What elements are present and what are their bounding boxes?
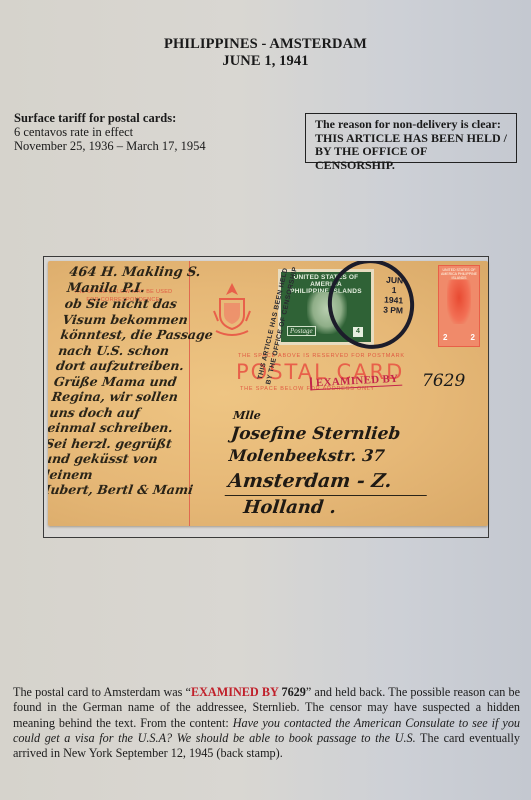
handwritten-line: Sei herzl. gegrüßt [48,436,186,452]
handwritten-line: ob Sie nicht das [64,296,206,312]
description-examined-highlight: EXAMINED BY [191,685,278,699]
indicia-value-left: 2 [443,333,447,342]
address-street: Molenbeekstr. 37 [228,445,432,467]
handwritten-line: dort aufzutreiben. [55,358,197,374]
handwritten-line: deinem [48,467,182,483]
handwritten-line: Hubert, Bertl & Mami [48,482,180,498]
postmark-time: 3 PM [383,304,403,315]
address-name: Josefine Sternlieb [230,423,434,445]
indicia-value-right: 2 [471,333,475,342]
handwritten-line: Regina, wir sollen [51,389,193,405]
tariff-rate: 6 centavos rate in effect [14,125,206,139]
handwritten-line: und geküsst von [48,451,184,467]
tariff-note: Surface tariff for postal cards: 6 centa… [14,111,206,153]
title-date: JUNE 1, 1941 [0,53,531,70]
addressee-block: Mlle Josefine Sternlieb Molenbeekstr. 37… [222,409,436,520]
title-route: PHILIPPINES - AMSTERDAM [0,36,531,53]
handwritten-message: 464 H. Makling S. Manila P.I.ob Sie nich… [48,265,210,498]
handwritten-line: 464 H. Makling S. [68,265,210,281]
handwritten-line: könntest, die Passage [59,327,201,343]
handwritten-line: uns doch auf [49,405,191,421]
indicia-header: UNITED STATES OF AMERICA PHILIPPINE ISLA… [439,268,479,280]
postmark-month: JUN [385,275,405,286]
handwritten-line: Manila P.I. [66,281,208,297]
reason-line-1: The reason for non-delivery is clear: [315,118,507,132]
censor-number: 7629 [422,371,465,391]
postal-card-image: THE SPACE BELOW MAY BE USED FOR CORRESPO… [48,261,488,526]
description-part-1: The postal card to Amsterdam was “ [13,685,191,699]
handwritten-line: Visum bekommen [62,312,204,328]
exhibit-description: The postal card to Amsterdam was “EXAMIN… [13,685,520,761]
non-delivery-reason-box: The reason for non-delivery is clear: TH… [305,113,517,163]
printed-indicia-stamp: UNITED STATES OF AMERICA PHILIPPINE ISLA… [438,265,480,347]
handwritten-line: einmal schreiben. [48,420,189,436]
reason-line-2: THIS ARTICLE HAS BEEN HELD / [315,132,507,146]
postmark-date: JUN 1 1941 3 PM [383,275,405,316]
portrait-icon [447,280,471,324]
tariff-heading: Surface tariff for postal cards: [14,111,206,125]
page-title: PHILIPPINES - AMSTERDAM JUNE 1, 1941 [0,36,531,70]
coat-of-arms-icon [212,281,252,341]
address-city: Amsterdam - Z. [225,467,430,496]
stamp-postage-label: Postage [287,326,316,336]
address-country: Holland . [222,496,427,520]
handwritten-line: nach U.S. schon [57,343,199,359]
address-salutation: Mlle [232,409,435,423]
tariff-period: November 25, 1936 – March 17, 1954 [14,139,206,153]
reason-line-3: BY THE OFFICE OF CENSORSHIP. [315,145,507,172]
handwritten-line: Grüße Mama und [53,374,195,390]
description-censor-number: 7629 [278,685,306,699]
